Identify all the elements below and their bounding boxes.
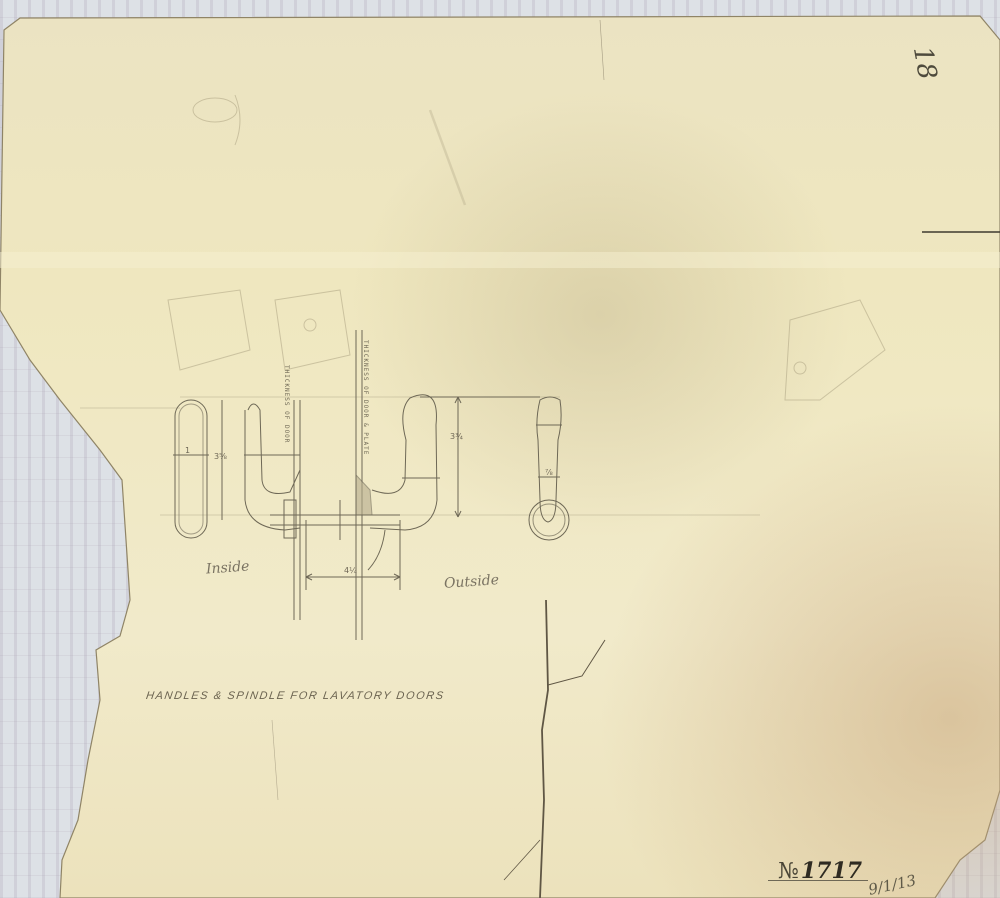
spindle-length-dim: 4¼ — [344, 566, 357, 575]
sheet-mark: 18 — [907, 44, 942, 82]
inside-handle-height-dim: 3⅝ — [214, 452, 227, 461]
drawing-title: HANDLES & SPINDLE FOR LAVATORY DOORS — [145, 690, 445, 702]
inside-view-label: Inside — [205, 559, 249, 578]
door-plate-thickness-note: THICKNESS OF DOOR & PLATE — [362, 340, 369, 455]
drawing-sheet — [0, 0, 1000, 898]
outside-handle-height-dim: 3¾ — [450, 432, 463, 441]
lever-width-dim: ⅞ — [545, 468, 553, 477]
paper-sheet — [0, 16, 1000, 898]
door-thickness-note: THICKNESS OF DOOR — [283, 365, 290, 443]
grip-width-dim: 1 — [185, 446, 190, 455]
number-underline — [768, 880, 868, 881]
